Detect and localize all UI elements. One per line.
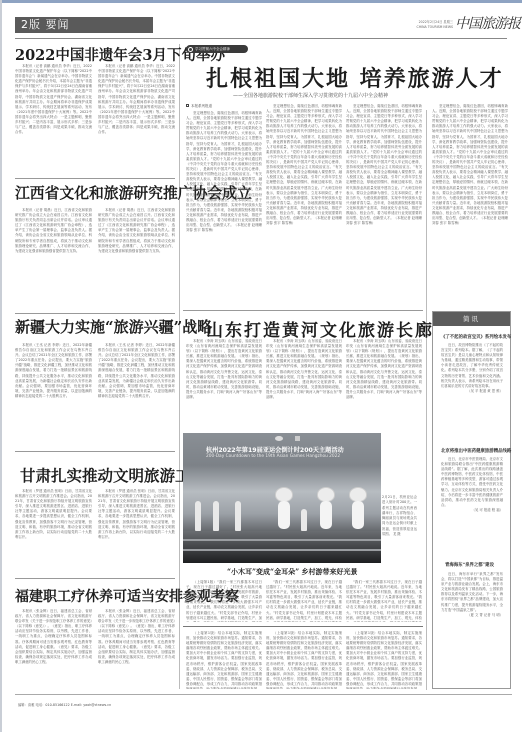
article-divider [183,626,423,627]
badge-icon [188,47,193,52]
headline-xinjiang[interactable]: 新疆大力实施“旅游兴疆”战略 [15,316,212,337]
dancer-figure [301,509,307,531]
photo-caption: 2月21日，杭州亚运会进入倒计时200天。一系列主题活动在杭州西湖举行，吉祥物组… [382,433,417,563]
article-divider [15,578,175,579]
article-body: 本报讯（记者 胡晨）近日，江西省文化和旅游研究推广协会成立大会在南昌召开。江西省… [15,208,92,310]
brief-item-title[interactable]: 青海海东“泉界之都”建设 [445,562,494,568]
window-top-border [0,0,522,3]
header-divider [15,38,507,39]
column-label: 本报系列报道 [186,104,212,109]
sponsor-logo-icon [295,436,300,441]
article-body-cont: （上接第1版）结合本地实际，制定实施细则，加快推动文化和旅游市场复苏。通知要求，… [266,631,342,689]
mascot-figure [275,487,293,535]
dancer-figure [235,501,241,531]
article-body: 本报讯（张金辉）近日，福建省总工会、省财政厅、省人力资源和社会保障厅、省文化和旅… [15,609,92,689]
headline-gansu[interactable]: 甘肃扎实推动文明旅游工作 [20,464,206,486]
article-body-cont: 本报讯（记者 高鹏 通讯员 李华）近日，2022中国非物质文化遗产保护年会（以下… [98,64,175,170]
photo-banner-cn: 杭州2022年第19届亚运会倒计时200天主题活动 [206,445,344,454]
article-body-cont2: 本报讯（李涛 刘玉琪）山东省委、省政府近日印发《山东省黄河流域生态保护和高质量发… [346,339,422,417]
column-divider-right [426,110,427,690]
column-tag-label: 学习贯彻六中全会精神 [195,47,230,51]
article-body-cont2: “我们一家三代都靠木耳过日子，现在日子越过越好了。”村民张大姐高兴地说。近年来，… [346,580,422,622]
article-divider [15,178,175,179]
article-body-cont: 本报讯（记者 胡晨）近日，江西省文化和旅游研究推广协会成立大会在南昌召开。江西省… [98,208,175,310]
footer-divider [15,694,512,695]
headline-village[interactable]: “小木耳”变成“金耳朵” 乡村游带来好光景 [227,567,358,577]
window-left-border [0,0,2,732]
article-body-cont: 本报讯（李涛 刘玉琪）山东省委、省政府近日印发《山东省黄河流域生态保护和高质量发… [266,339,342,417]
english-title: CHINA TOURISM NEWS [383,25,453,30]
article-body-cont: “我们一家三代都靠木耳过日子，现在日子越过越好了。”村民张大姐高兴地说。近年来，… [266,580,342,622]
feature-body-col2: 坚定理想信念，赓续红色基因，培根铸魂育新人。近期，全国各地旅游院校干部师生通过专… [266,104,342,306]
article-body: 本报讯（李涛 刘玉琪）山东省委、省政府近日印发《山东省黄河流域生态保护和高质量发… [186,339,262,417]
subheadline-feature: ——全国各地旅游院校干部师生深入学习贯彻党的十九届六中全会精神 [233,92,388,99]
headline-shandong[interactable]: 山东打造黄河文化旅游长廊 [206,316,434,341]
feature-body-col1: 坚定理想信念，赓续红色基因，培根铸魂育新人。近期，全国各地旅游院校干部师生通过专… [186,111,262,306]
headline-feature[interactable]: 扎根祖国大地 培养旅游人才 [206,62,504,93]
asian-games-logo-icon [275,436,283,441]
mascot-figure [349,487,367,535]
brief-item-title[interactable]: 北京将推出中医药健康旅游精品线路 [441,448,511,454]
feature-body-col4: 坚定理想信念，赓续红色基因，培根铸魂育新人。近期，全国各地旅游院校干部师生通过专… [432,104,508,304]
feature-body-col3: 坚定理想信念，赓续红色基因，培根铸魂育新人。近期，全国各地旅游院校干部师生通过专… [346,104,422,306]
article-divider [15,313,175,314]
article-divider [183,310,423,311]
brief-news-box: 简讯 《了不起的故宫宝贝》系列绘本发布 近日，故宫博物院推出《了不起的故宫宝贝》… [432,311,511,689]
brief-box-title: 简讯 [433,312,510,326]
square-icon [186,104,189,107]
article-body: （上接第1版）“我们一家三代都靠木耳过日子，现在日子越过越好了。”村民张大姐高兴… [186,580,262,622]
brief-item-body: 近日，海东市举行“泉界之都”发布会，将以打造“中国泉都”为目标，推进温泉产业与旅… [441,572,503,684]
dancer-figure [195,501,201,531]
photo-stage [183,531,381,563]
article-body: 本报讯（记者 高鹏 通讯员 李华）近日，2022中国非物质文化遗产保护年会（以下… [15,64,92,170]
section-label: 2版 要闻 [15,17,153,33]
newspaper-logo: 中国旅游报 [455,13,520,33]
editor-contact-line: 编辑：高雅 电话：010-85166122 E-mail: yaoh@ctnew… [18,702,111,707]
article-body-cont: 本报讯（罗建 通讯员 张明）日前，甘肃省文化和旅游厅召开文明旅游工作推进会。会议… [98,489,175,574]
newspaper-page: 2版 要闻 2022年2月24日 星期三 CHINA TOURISM NEWS … [0,0,522,732]
article-body-cont: 本报讯（王丞 记者 李婷）近日，2022年新疆维吾尔自治区文化和旅游工作会议在乌… [98,343,175,446]
mascot-figure [317,487,335,535]
photo-banner-en: 200-Day Countdown to the 19th Asian Game… [206,454,340,459]
article-body: （上接第1版）结合本地实际，制定实施细则，加快推动文化和旅游市场复苏。通知要求，… [186,631,262,689]
article-body-cont: 本报讯（张金辉）近日，福建省总工会、省财政厅、省人力资源和社会保障厅、省文化和旅… [98,609,175,689]
dancer-figure [213,501,219,531]
brief-item-body: 近日，故宫博物院推出《了不起的故宫宝贝》系列绘本。据了解，《了不起的故宫宝贝》是… [441,343,503,441]
article-body-cont2: （上接第1版）结合本地实际，制定实施细则，加快推动文化和旅游市场复苏。通知要求，… [346,631,422,689]
brief-item-title[interactable]: 《了不起的故宫宝贝》系列绘本发布 [441,334,511,340]
article-divider [15,451,175,452]
stage-step [183,549,381,551]
stage-step [183,539,381,541]
article-body: 本报讯（罗建 通讯员 张明）日前，甘肃省文化和旅游厅召开文明旅游工作推进会。会议… [15,489,92,574]
article-body: 本报讯（王丞 记者 李婷）近日，2022年新疆维吾尔自治区文化和旅游工作会议在乌… [15,343,92,446]
brief-item-body: 近日，北京市中医管理局、北京市文化和旅游局联合推出“中医药健康旅游精品线路”。据… [441,457,503,553]
masthead-meta: 2022年2月24日 星期三 CHINA TOURISM NEWS [383,20,453,30]
news-photo[interactable]: 杭州2022年第19届亚运会倒计时200天主题活动 200-Day Countd… [183,433,381,563]
column-tag: 学习贯彻六中全会精神 [186,45,248,53]
